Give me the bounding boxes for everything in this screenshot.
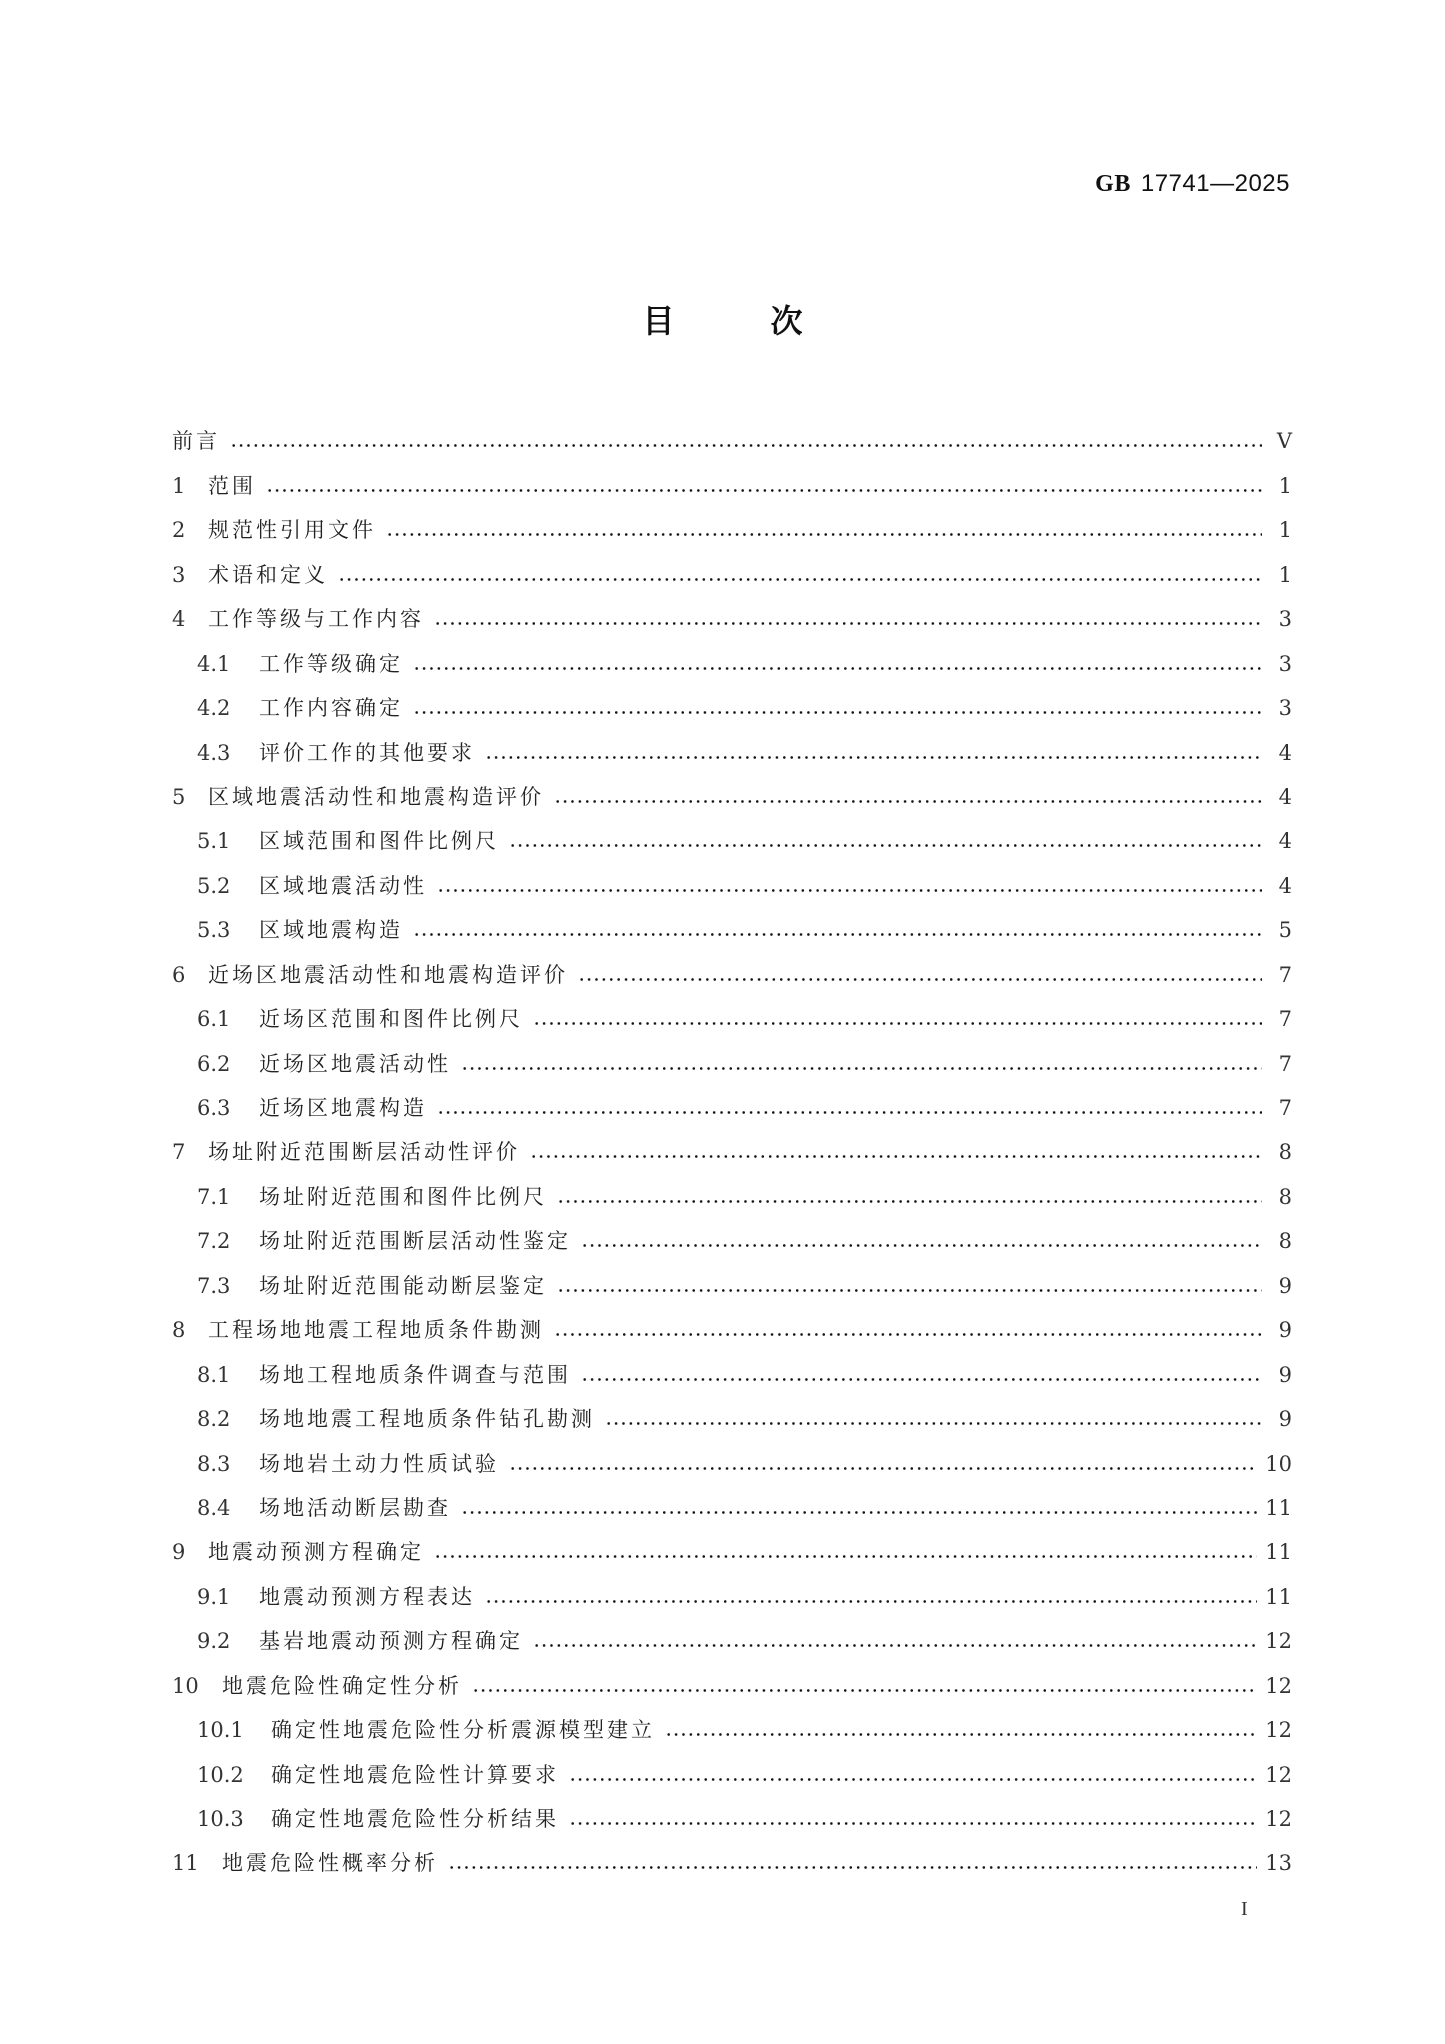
toc-entry[interactable]: 6.3近场区地震构造7 xyxy=(172,1080,1292,1124)
dot-leader xyxy=(554,800,1262,803)
toc-entry-number: 9.1 xyxy=(197,1581,259,1613)
toc-entry[interactable]: 8工程场地地震工程地质条件勘测9 xyxy=(172,1302,1292,1346)
toc-entry-label: 场址附近范围断层活动性评价 xyxy=(208,1136,520,1168)
toc-entry-page: 1 xyxy=(1270,514,1292,546)
dot-leader xyxy=(569,1822,1257,1825)
toc-entry-number: 5 xyxy=(172,781,208,813)
toc-entry-page: 1 xyxy=(1270,559,1292,591)
toc-entry[interactable]: 1范围1 xyxy=(172,457,1292,501)
dot-leader xyxy=(665,1733,1257,1736)
toc-entry-label: 地震动预测方程表达 xyxy=(259,1581,475,1613)
toc-entry-page: 5 xyxy=(1270,914,1292,946)
toc-entry-number: 6.1 xyxy=(197,1003,259,1035)
toc-entry-label: 术语和定义 xyxy=(208,559,328,591)
toc-entry-label: 工程场地地震工程地质条件勘测 xyxy=(208,1314,544,1346)
page-title: 目次 xyxy=(0,296,1445,342)
toc-entry-number: 7.3 xyxy=(197,1270,259,1302)
dot-leader xyxy=(533,1022,1262,1025)
dot-leader xyxy=(509,1467,1257,1470)
toc-entry[interactable]: 前言V xyxy=(172,413,1292,457)
toc-entry-label: 工作内容确定 xyxy=(259,692,403,724)
toc-entry-label: 近场区地震活动性 xyxy=(259,1048,451,1080)
dot-leader xyxy=(230,444,1262,447)
toc-entry-number: 9 xyxy=(172,1536,208,1568)
toc-entry-number: 4.1 xyxy=(197,648,259,680)
toc-entry-page: 4 xyxy=(1270,825,1292,857)
toc-entry-page: 1 xyxy=(1270,470,1292,502)
toc-entry-page: 13 xyxy=(1265,1847,1292,1879)
toc-entry-number: 10.2 xyxy=(197,1759,271,1791)
toc-entry[interactable]: 7.3场址附近范围能动断层鉴定9 xyxy=(172,1257,1292,1301)
toc-entry-page: 4 xyxy=(1270,737,1292,769)
toc-entry[interactable]: 8.1场地工程地质条件调查与范围9 xyxy=(172,1346,1292,1390)
toc-entry[interactable]: 4.3评价工作的其他要求4 xyxy=(172,724,1292,768)
toc-entry-label: 工作等级与工作内容 xyxy=(208,603,424,635)
toc-entry-page: 8 xyxy=(1270,1136,1292,1168)
dot-leader xyxy=(569,1778,1257,1781)
toc-entry-number: 4.2 xyxy=(197,692,259,724)
toc-entry-number: 8.2 xyxy=(197,1403,259,1435)
toc-entry-number: 7.1 xyxy=(197,1181,259,1213)
toc-entry-number: 5.1 xyxy=(197,825,259,857)
toc-entry-number: 6.2 xyxy=(197,1048,259,1080)
toc-entry-number: 3 xyxy=(172,559,208,591)
toc-entry-number: 7.2 xyxy=(197,1225,259,1257)
toc-entry[interactable]: 11地震危险性概率分析13 xyxy=(172,1835,1292,1879)
toc-entry[interactable]: 7.2场址附近范围断层活动性鉴定8 xyxy=(172,1213,1292,1257)
dot-leader xyxy=(266,489,1262,492)
toc-entry-page: 11 xyxy=(1265,1492,1292,1524)
standard-number: 17741—2025 xyxy=(1141,170,1290,197)
toc-entry[interactable]: 10.3确定性地震危险性分析结果12 xyxy=(172,1791,1292,1835)
toc-entry-page: 12 xyxy=(1265,1714,1292,1746)
page-number: I xyxy=(1241,1898,1248,1921)
dot-leader xyxy=(461,1067,1262,1070)
toc-entry-page: 11 xyxy=(1265,1536,1292,1568)
toc-entry[interactable]: 10.2确定性地震危险性计算要求12 xyxy=(172,1746,1292,1790)
dot-leader xyxy=(605,1422,1262,1425)
toc-entry-number: 4.3 xyxy=(197,737,259,769)
toc-entry-label: 区域地震构造 xyxy=(259,914,403,946)
toc-entry[interactable]: 8.2场地地震工程地质条件钻孔勘测9 xyxy=(172,1391,1292,1435)
toc-entry-label: 规范性引用文件 xyxy=(208,514,376,546)
toc-entry-label: 场地工程地质条件调查与范围 xyxy=(259,1359,571,1391)
toc-entry-label: 地震危险性确定性分析 xyxy=(222,1670,462,1702)
toc-entry-label: 地震危险性概率分析 xyxy=(222,1847,438,1879)
toc-entry[interactable]: 7.1场址附近范围和图件比例尺8 xyxy=(172,1168,1292,1212)
dot-leader xyxy=(413,711,1262,714)
toc-entry-number: 2 xyxy=(172,514,208,546)
dot-leader xyxy=(461,1511,1257,1514)
toc-entry-number: 6.3 xyxy=(197,1092,259,1124)
toc-entry-label: 区域范围和图件比例尺 xyxy=(259,825,499,857)
toc-entry-number: 11 xyxy=(172,1847,222,1879)
toc-entry-page: 3 xyxy=(1270,692,1292,724)
toc-entry[interactable]: 10地震危险性确定性分析12 xyxy=(172,1657,1292,1701)
standard-prefix: GB xyxy=(1095,171,1131,197)
toc-entry-page: 3 xyxy=(1270,603,1292,635)
toc-entry-page: 7 xyxy=(1270,1048,1292,1080)
toc-entry-page: 12 xyxy=(1265,1670,1292,1702)
toc-entry[interactable]: 4.1工作等级确定3 xyxy=(172,635,1292,679)
toc-entry-label: 地震动预测方程确定 xyxy=(208,1536,424,1568)
title-char-1: 目 xyxy=(642,296,674,342)
toc-entry-page: 7 xyxy=(1270,1092,1292,1124)
toc-entry[interactable]: 7场址附近范围断层活动性评价8 xyxy=(172,1124,1292,1168)
toc-entry-page: 3 xyxy=(1270,648,1292,680)
toc-entry-label: 场地活动断层勘查 xyxy=(259,1492,451,1524)
table-of-contents: 前言V1范围12规范性引用文件13术语和定义14工作等级与工作内容34.1工作等… xyxy=(172,413,1292,1879)
toc-entry-label: 近场区范围和图件比例尺 xyxy=(259,1003,523,1035)
toc-entry[interactable]: 5区域地震活动性和地震构造评价4 xyxy=(172,769,1292,813)
toc-entry-page: V xyxy=(1270,425,1292,457)
toc-entry[interactable]: 6.1近场区范围和图件比例尺7 xyxy=(172,991,1292,1035)
toc-entry[interactable]: 9地震动预测方程确定11 xyxy=(172,1524,1292,1568)
toc-entry[interactable]: 4.2工作内容确定3 xyxy=(172,680,1292,724)
toc-entry-number: 8.4 xyxy=(197,1492,259,1524)
toc-entry-label: 确定性地震危险性分析震源模型建立 xyxy=(271,1714,655,1746)
toc-entry[interactable]: 8.3场地岩土动力性质试验10 xyxy=(172,1435,1292,1479)
toc-entry-number: 10.3 xyxy=(197,1803,271,1835)
dot-leader xyxy=(386,533,1262,536)
toc-entry[interactable]: 6近场区地震活动性和地震构造评价7 xyxy=(172,946,1292,990)
dot-leader xyxy=(413,667,1262,670)
toc-entry[interactable]: 9.1地震动预测方程表达11 xyxy=(172,1568,1292,1612)
toc-entry-page: 9 xyxy=(1270,1314,1292,1346)
dot-leader xyxy=(530,1155,1262,1158)
toc-entry-page: 11 xyxy=(1265,1581,1292,1613)
dot-leader xyxy=(581,1378,1262,1381)
toc-entry-label: 确定性地震危险性计算要求 xyxy=(271,1759,559,1791)
toc-entry-label: 场地岩土动力性质试验 xyxy=(259,1448,499,1480)
dot-leader xyxy=(437,889,1262,892)
toc-entry-page: 12 xyxy=(1265,1803,1292,1835)
dot-leader xyxy=(413,933,1262,936)
dot-leader xyxy=(509,844,1262,847)
toc-entry-number: 9.2 xyxy=(197,1625,259,1657)
dot-leader xyxy=(437,1111,1262,1114)
toc-entry-page: 12 xyxy=(1265,1759,1292,1791)
toc-entry-number: 8.3 xyxy=(197,1448,259,1480)
toc-entry-label: 基岩地震动预测方程确定 xyxy=(259,1625,523,1657)
toc-entry[interactable]: 8.4场地活动断层勘查11 xyxy=(172,1480,1292,1524)
toc-entry-number: 10 xyxy=(172,1670,222,1702)
dot-leader xyxy=(533,1644,1257,1647)
dot-leader xyxy=(338,578,1262,581)
toc-entry-label: 场址附近范围断层活动性鉴定 xyxy=(259,1225,571,1257)
toc-entry[interactable]: 5.1区域范围和图件比例尺4 xyxy=(172,813,1292,857)
toc-entry-label: 工作等级确定 xyxy=(259,648,403,680)
dot-leader xyxy=(434,622,1262,625)
toc-entry-number: 5.2 xyxy=(197,870,259,902)
toc-entry-page: 7 xyxy=(1270,1003,1292,1035)
toc-entry-page: 12 xyxy=(1265,1625,1292,1657)
toc-entry-number: 8.1 xyxy=(197,1359,259,1391)
title-char-2: 次 xyxy=(771,296,803,342)
dot-leader xyxy=(434,1555,1257,1558)
toc-entry-page: 9 xyxy=(1270,1270,1292,1302)
toc-entry-page: 10 xyxy=(1265,1448,1292,1480)
toc-entry-label: 场地地震工程地质条件钻孔勘测 xyxy=(259,1403,595,1435)
dot-leader xyxy=(581,1244,1262,1247)
dot-leader xyxy=(448,1866,1257,1869)
toc-entry[interactable]: 9.2基岩地震动预测方程确定12 xyxy=(172,1613,1292,1657)
toc-entry[interactable]: 2规范性引用文件1 xyxy=(172,502,1292,546)
toc-entry-label: 区域地震活动性和地震构造评价 xyxy=(208,781,544,813)
toc-entry-label: 场址附近范围和图件比例尺 xyxy=(259,1181,547,1213)
toc-entry-label: 评价工作的其他要求 xyxy=(259,737,475,769)
toc-entry[interactable]: 3术语和定义1 xyxy=(172,546,1292,590)
toc-entry-page: 7 xyxy=(1270,959,1292,991)
toc-entry-label: 前言 xyxy=(172,425,220,457)
dot-leader xyxy=(557,1289,1262,1292)
standard-code: GB17741—2025 xyxy=(1095,170,1290,198)
dot-leader xyxy=(472,1689,1257,1692)
toc-entry-number: 5.3 xyxy=(197,914,259,946)
toc-entry[interactable]: 5.3区域地震构造5 xyxy=(172,902,1292,946)
toc-entry-number: 6 xyxy=(172,959,208,991)
toc-entry-number: 8 xyxy=(172,1314,208,1346)
toc-entry-label: 确定性地震危险性分析结果 xyxy=(271,1803,559,1835)
toc-entry[interactable]: 5.2区域地震活动性4 xyxy=(172,857,1292,901)
toc-entry-page: 9 xyxy=(1270,1359,1292,1391)
toc-entry-label: 近场区地震构造 xyxy=(259,1092,427,1124)
toc-entry[interactable]: 10.1确定性地震危险性分析震源模型建立12 xyxy=(172,1702,1292,1746)
toc-entry-label: 区域地震活动性 xyxy=(259,870,427,902)
toc-entry-label: 场址附近范围能动断层鉴定 xyxy=(259,1270,547,1302)
toc-entry[interactable]: 4工作等级与工作内容3 xyxy=(172,591,1292,635)
toc-entry[interactable]: 6.2近场区地震活动性7 xyxy=(172,1035,1292,1079)
toc-entry-label: 近场区地震活动性和地震构造评价 xyxy=(208,959,568,991)
toc-entry-number: 10.1 xyxy=(197,1714,271,1746)
dot-leader xyxy=(485,1600,1257,1603)
toc-entry-page: 4 xyxy=(1270,870,1292,902)
dot-leader xyxy=(485,756,1262,759)
toc-entry-number: 1 xyxy=(172,470,208,502)
toc-entry-page: 8 xyxy=(1270,1181,1292,1213)
toc-entry-label: 范围 xyxy=(208,470,256,502)
toc-entry-page: 9 xyxy=(1270,1403,1292,1435)
dot-leader xyxy=(578,978,1262,981)
toc-entry-page: 8 xyxy=(1270,1225,1292,1257)
toc-entry-number: 4 xyxy=(172,603,208,635)
dot-leader xyxy=(557,1200,1262,1203)
toc-entry-page: 4 xyxy=(1270,781,1292,813)
dot-leader xyxy=(554,1333,1262,1336)
toc-entry-number: 7 xyxy=(172,1136,208,1168)
